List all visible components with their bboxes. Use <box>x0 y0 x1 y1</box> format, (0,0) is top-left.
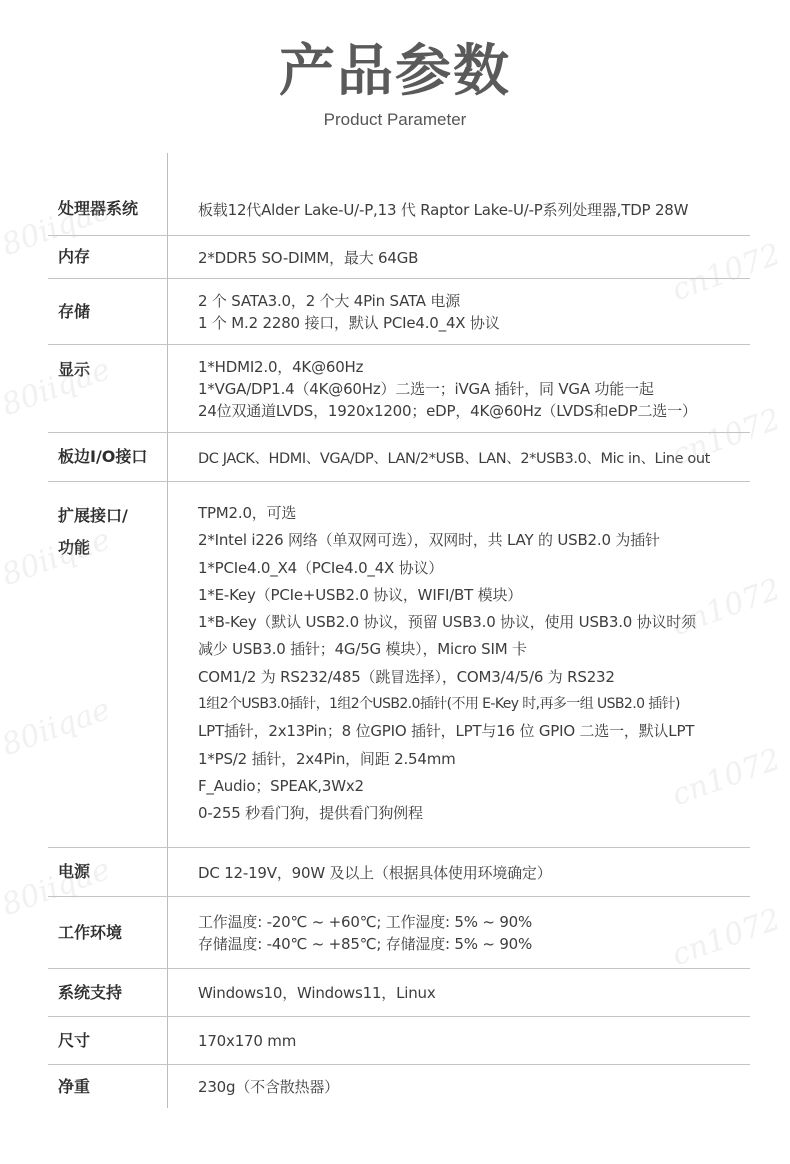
spec-line: 2*Intel i226 网络（单双网可选），双网时，共 LAY 的 USB2.… <box>198 527 750 554</box>
spec-row-os: 系统支持 Windows10，Windows11，Linux <box>48 969 750 1017</box>
spec-value: 工作温度: -20℃ ~ +60℃; 工作湿度: 5% ~ 90% 存储温度: … <box>167 897 750 968</box>
spec-line: DC JACK、HDMI、VGA/DP、LAN/2*USB、LAN、2*USB3… <box>198 447 750 468</box>
spec-label-line: 扩展接口/ <box>58 500 128 532</box>
spec-row-power: 电源 DC 12-19V，90W 及以上（根据具体使用环境确定） <box>48 848 750 897</box>
spec-label-line: 功能 <box>58 532 90 564</box>
spec-label: 内存 <box>48 236 167 278</box>
spec-line: 工作温度: -20℃ ~ +60℃; 工作湿度: 5% ~ 90% <box>198 911 750 933</box>
spec-label: 存储 <box>48 279 167 344</box>
spec-line: 板载12代Alder Lake-U/-P,13 代 Raptor Lake-U/… <box>198 199 750 220</box>
spec-label: 处理器系统 <box>48 183 167 235</box>
spec-line: DC 12-19V，90W 及以上（根据具体使用环境确定） <box>198 862 750 883</box>
spec-line: 1*B-Key（默认 USB2.0 协议，预留 USB3.0 协议，使用 USB… <box>198 609 750 636</box>
spec-line: 1*PS/2 插针，2x4Pin，间距 2.54mm <box>198 746 750 773</box>
spec-row-weight: 净重 230g（不含散热器） <box>48 1065 750 1108</box>
spec-label: 净重 <box>48 1065 167 1108</box>
spec-value: 170x170 mm <box>167 1017 750 1064</box>
spec-line: F_Audio；SPEAK,3Wx2 <box>198 773 750 800</box>
spec-label: 显示 <box>48 345 167 432</box>
spec-line: 减少 USB3.0 插针；4G/5G 模块），Micro SIM 卡 <box>198 636 750 663</box>
spec-row-expansion: 扩展接口/ 功能 TPM2.0，可选 2*Intel i226 网络（单双网可选… <box>48 482 750 848</box>
spec-label: 扩展接口/ 功能 <box>48 482 167 847</box>
spec-value: 板载12代Alder Lake-U/-P,13 代 Raptor Lake-U/… <box>167 183 750 235</box>
spec-row-io: 板边I/O接口 DC JACK、HDMI、VGA/DP、LAN/2*USB、LA… <box>48 433 750 482</box>
spec-line: 2*DDR5 SO-DIMM，最大 64GB <box>198 247 750 268</box>
spec-label: 尺寸 <box>48 1017 167 1064</box>
spec-value: 2 个 SATA3.0，2 个大 4Pin SATA 电源 1 个 M.2 22… <box>167 279 750 344</box>
spec-line: 1*HDMI2.0，4K@60Hz <box>198 356 750 378</box>
spec-line: 230g（不含散热器） <box>198 1076 750 1097</box>
spec-line: 1 个 M.2 2280 接口，默认 PCIe4.0_4X 协议 <box>198 312 750 334</box>
spec-value: Windows10，Windows11，Linux <box>167 969 750 1016</box>
spec-line: 1*VGA/DP1.4（4K@60Hz）二选一；iVGA 插针，同 VGA 功能… <box>198 378 750 400</box>
spec-value: 2*DDR5 SO-DIMM，最大 64GB <box>167 236 750 278</box>
spec-value: 1*HDMI2.0，4K@60Hz 1*VGA/DP1.4（4K@60Hz）二选… <box>167 345 750 432</box>
spec-value: 230g（不含散热器） <box>167 1065 750 1108</box>
spec-line: 1*E-Key（PCIe+USB2.0 协议，WIFI/BT 模块） <box>198 582 750 609</box>
spec-label: 系统支持 <box>48 969 167 1016</box>
spec-line: 24位双通道LVDS，1920x1200；eDP，4K@60Hz（LVDS和eD… <box>198 400 750 422</box>
spec-row-cpu: 处理器系统 板载12代Alder Lake-U/-P,13 代 Raptor L… <box>48 153 750 236</box>
page-title: 产品参数 <box>0 36 790 108</box>
spec-line: 0-255 秒看门狗，提供看门狗例程 <box>198 800 750 827</box>
page-subtitle: Product Parameter <box>0 108 790 132</box>
spec-line: LPT插针，2x13Pin；8 位GPIO 插针，LPT与16 位 GPIO 二… <box>198 718 750 745</box>
spec-line: 2 个 SATA3.0，2 个大 4Pin SATA 电源 <box>198 290 750 312</box>
spec-value: TPM2.0，可选 2*Intel i226 网络（单双网可选），双网时，共 L… <box>167 482 750 847</box>
spec-label: 电源 <box>48 848 167 896</box>
spec-row-memory: 内存 2*DDR5 SO-DIMM，最大 64GB <box>48 236 750 279</box>
spec-line: Windows10，Windows11，Linux <box>198 982 750 1003</box>
spec-row-storage: 存储 2 个 SATA3.0，2 个大 4Pin SATA 电源 1 个 M.2… <box>48 279 750 345</box>
spec-table: 处理器系统 板载12代Alder Lake-U/-P,13 代 Raptor L… <box>48 153 750 1108</box>
spec-label: 工作环境 <box>48 897 167 968</box>
spec-value: DC JACK、HDMI、VGA/DP、LAN/2*USB、LAN、2*USB3… <box>167 433 750 481</box>
spec-line: 1组2个USB3.0插针，1组2个USB2.0插针(不用 E-Key 时,再多一… <box>198 691 750 718</box>
spec-label: 板边I/O接口 <box>48 433 167 481</box>
spec-line: COM1/2 为 RS232/485（跳冒选择），COM3/4/5/6 为 RS… <box>198 664 750 691</box>
spec-line: 1*PCIe4.0_X4（PCIe4.0_4X 协议） <box>198 555 750 582</box>
spec-row-size: 尺寸 170x170 mm <box>48 1017 750 1065</box>
spec-line: 170x170 mm <box>198 1032 750 1050</box>
spec-row-environment: 工作环境 工作温度: -20℃ ~ +60℃; 工作湿度: 5% ~ 90% 存… <box>48 897 750 969</box>
spec-row-display: 显示 1*HDMI2.0，4K@60Hz 1*VGA/DP1.4（4K@60Hz… <box>48 345 750 433</box>
spec-value: DC 12-19V，90W 及以上（根据具体使用环境确定） <box>167 848 750 896</box>
spec-line: 存储温度: -40℃ ~ +85℃; 存储湿度: 5% ~ 90% <box>198 933 750 955</box>
spec-line: TPM2.0，可选 <box>198 500 750 527</box>
